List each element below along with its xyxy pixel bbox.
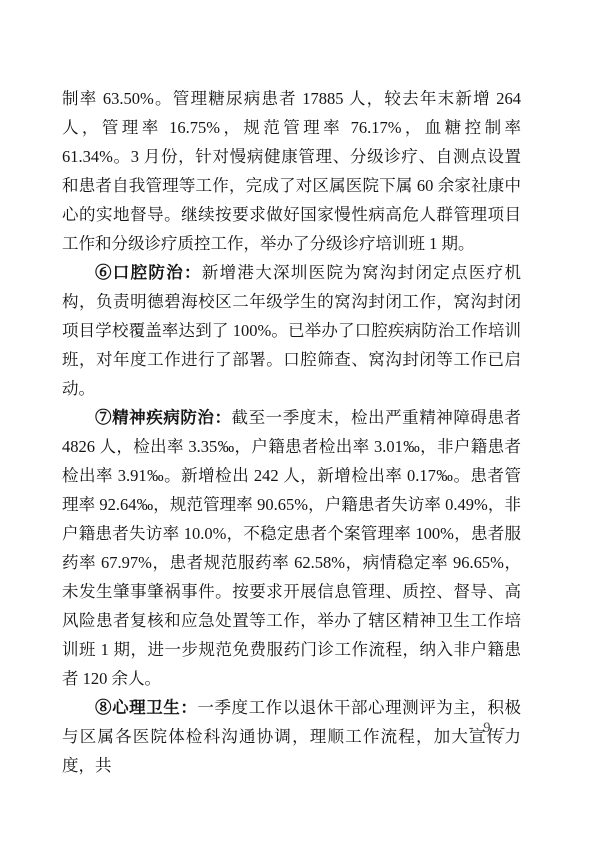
section-heading-psychological-health: ⑧心理卫生： bbox=[95, 698, 197, 717]
paragraph-oral-health: ⑥口腔防治：新增港大深圳医院为窝沟封闭定点医疗机构，负责明德碧海校区二年级学生的… bbox=[62, 258, 521, 403]
section-heading-oral-health: ⑥口腔防治： bbox=[95, 263, 202, 282]
paragraph-mental-illness: ⑦精神疾病防治：截至一季度末，检出严重精神障碍患者 4826 人，检出率 3.3… bbox=[62, 403, 521, 693]
document-body: 制率 63.50%。管理糖尿病患者 17885 人，较去年末新增 264 人，管… bbox=[62, 84, 521, 780]
section-heading-mental-illness: ⑦精神疾病防治： bbox=[95, 408, 232, 427]
document-page: 制率 63.50%。管理糖尿病患者 17885 人，较去年末新增 264 人，管… bbox=[0, 0, 600, 850]
paragraph-chronic-disease-continuation: 制率 63.50%。管理糖尿病患者 17885 人，较去年末新增 264 人，管… bbox=[62, 84, 521, 258]
paragraph-psychological-health: ⑧心理卫生：一季度工作以退休干部心理测评为主，积极与区属各医院体检科沟通协调，理… bbox=[62, 693, 521, 780]
paragraph-text: 截至一季度末，检出严重精神障碍患者 4826 人，检出率 3.35‰，户籍患者检… bbox=[62, 408, 521, 688]
page-number: - 9 - bbox=[469, 720, 508, 737]
paragraph-text: 新增港大深圳医院为窝沟封闭定点医疗机构，负责明德碧海校区二年级学生的窝沟封闭工作… bbox=[62, 263, 521, 398]
paragraph-text: 制率 63.50%。管理糖尿病患者 17885 人，较去年末新增 264 人，管… bbox=[62, 89, 521, 253]
